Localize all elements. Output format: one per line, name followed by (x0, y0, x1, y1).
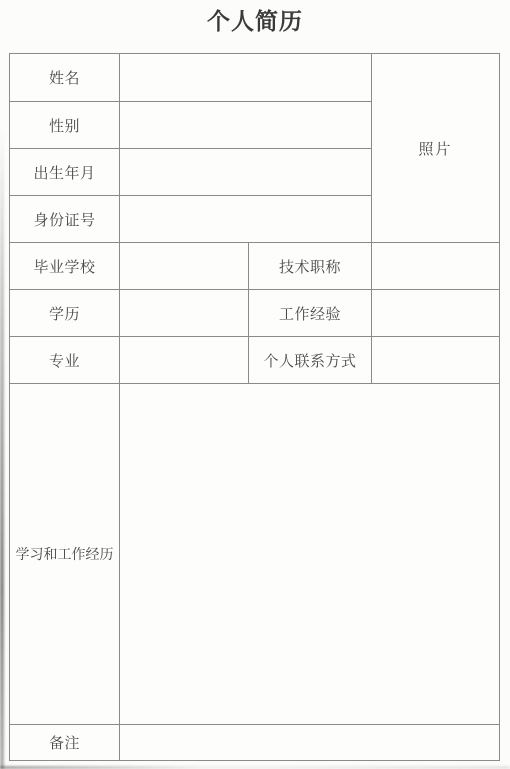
field-label-name: 姓名 (10, 54, 120, 102)
remarks-label: 备注 (10, 725, 120, 761)
photo-cell: 照片 (372, 54, 500, 243)
field-label-id-number: 身份证号 (10, 196, 120, 243)
field-value-major (120, 337, 249, 384)
table-row: 学习和工作经历 (10, 384, 500, 725)
table-row: 毕业学校 技术职称 (10, 243, 500, 290)
field-label-birthdate: 出生年月 (10, 149, 120, 196)
field-value-technical-title (372, 243, 500, 290)
field-value-education (120, 290, 249, 337)
field-label-work-experience: 工作经验 (249, 290, 372, 337)
field-value-school (120, 243, 249, 290)
field-value-id-number (120, 196, 372, 243)
table-row: 备注 (10, 725, 500, 761)
field-label-contact: 个人联系方式 (249, 337, 372, 384)
field-value-name (120, 54, 372, 102)
resume-table: 姓名 照片 性别 出生年月 身份证号 毕业学校 技术职称 学历 工作经验 (9, 53, 500, 761)
scan-edge-shadow-left (0, 130, 4, 769)
field-value-work-experience (372, 290, 500, 337)
page-title: 个人简历 (0, 0, 510, 36)
field-value-birthdate (120, 149, 372, 196)
resume-page: 个人简历 姓名 照片 性别 出生年月 身份证号 毕业学校 技术职称 (0, 0, 510, 769)
table-row: 姓名 照片 (10, 54, 500, 102)
remarks-value-cell (120, 725, 500, 761)
table-row: 学历 工作经验 (10, 290, 500, 337)
field-label-school: 毕业学校 (10, 243, 120, 290)
field-value-contact (372, 337, 500, 384)
field-label-education: 学历 (10, 290, 120, 337)
experience-content-cell (120, 384, 500, 725)
field-label-technical-title: 技术职称 (249, 243, 372, 290)
field-label-major: 专业 (10, 337, 120, 384)
field-label-gender: 性别 (10, 102, 120, 149)
table-row: 专业 个人联系方式 (10, 337, 500, 384)
field-value-gender (120, 102, 372, 149)
experience-section-label: 学习和工作经历 (10, 384, 120, 725)
